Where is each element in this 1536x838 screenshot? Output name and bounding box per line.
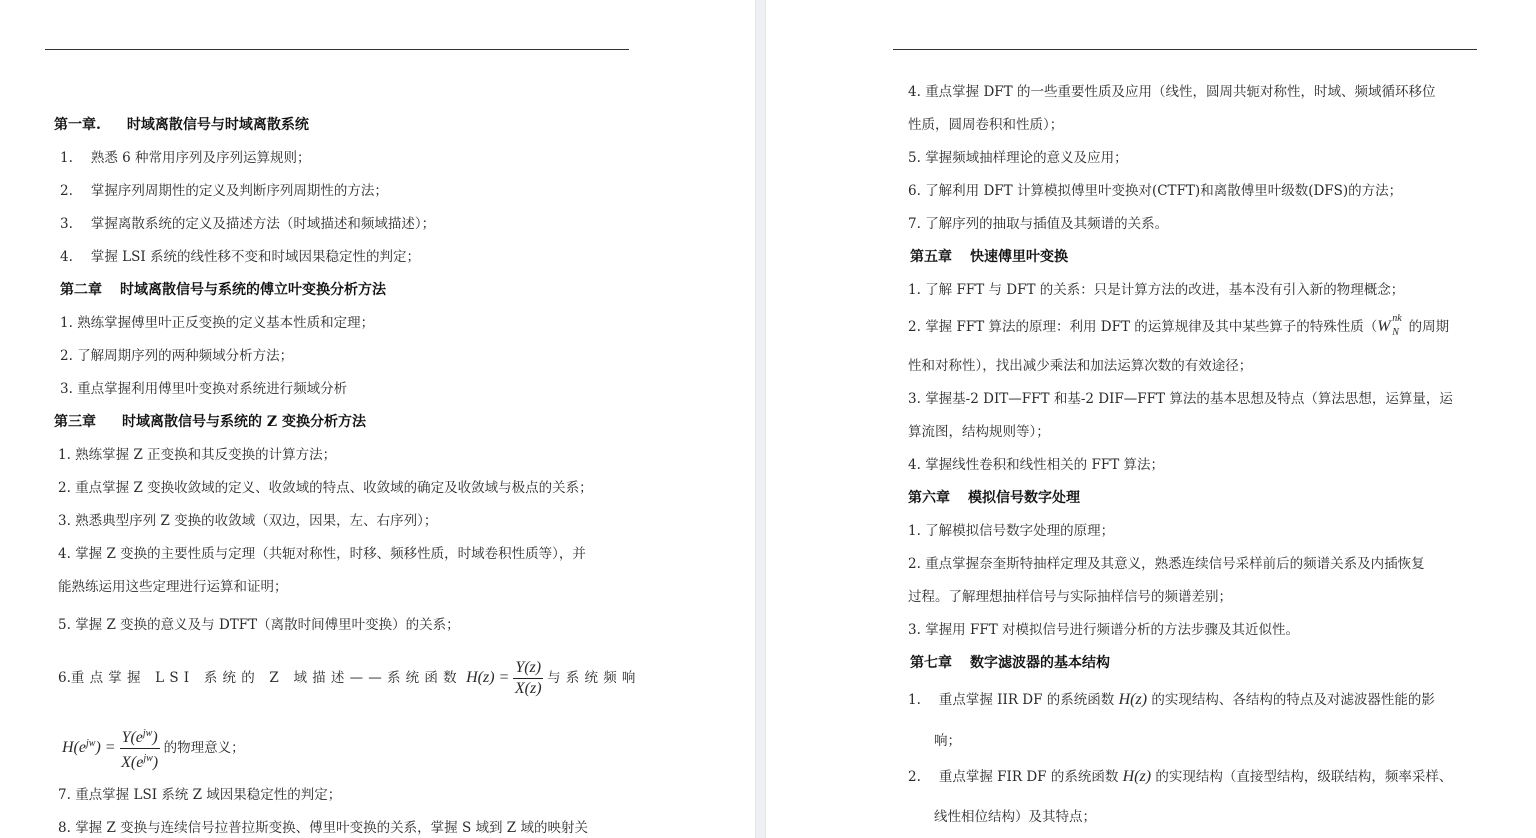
list-item: 3. 掌握基-2 DIT—FFT 和基-2 DIF—FFT 算法的基本思想及特点…	[908, 390, 1453, 408]
list-item: 4. 重点掌握 DFT 的一些重要性质及应用（线性，圆周共轭对称性，时域、频域循…	[908, 83, 1435, 101]
list-item: 5. 掌握频域抽样理论的意义及应用；	[908, 149, 1128, 167]
chapter7-heading: 第七章数字滤波器的基本结构	[910, 654, 1110, 672]
list-item: 3. 重点掌握利用傅里叶变换对系统进行频域分析	[60, 380, 347, 398]
chapter-title: 快速傅里叶变换	[970, 249, 1068, 265]
chapter-number: 第二章	[60, 282, 102, 298]
formula-fraction: Y(ejw)X(ejw)	[120, 724, 160, 773]
chapter6-heading: 第六章模拟信号数字处理	[908, 489, 1080, 507]
formula-hz: H(z) =	[466, 669, 509, 686]
chapter1-heading: 第一章.时域离散信号与时域离散系统	[54, 116, 309, 134]
chapter-number: 第五章	[910, 249, 952, 265]
list-item-continuation: 性质，圆周卷积和性质）；	[908, 116, 1063, 134]
chapter-title: 模拟信号数字处理	[968, 490, 1080, 506]
list-item: 4. 掌握线性卷积和线性相关的 FFT 算法；	[908, 456, 1164, 474]
list-item-continuation: 能熟练运用这些定理进行运算和证明；	[58, 578, 288, 596]
header-rule	[45, 49, 629, 50]
list-item: 8. 掌握 Z 变换与连续信号拉普拉斯变换、傅里叶变换的关系，掌握 S 域到 Z…	[58, 819, 588, 837]
list-item-continuation: 过程。了解理想抽样信号与实际抽样信号的频谱差别；	[908, 588, 1232, 606]
formula-hejw: H(ejw) =	[62, 739, 116, 756]
list-item: 2. 重点掌握奈奎斯特抽样定理及其意义，熟悉连续信号采样前后的频谱关系及内插恢复	[908, 555, 1425, 573]
formula-fraction: Y(z)X(z)	[513, 658, 543, 699]
chapter-number: 第六章	[908, 490, 950, 506]
header-rule	[893, 49, 1477, 50]
list-item-formula: 6.重点掌握 LSI 系统的 Z 域描述——系统函数 H(z) =Y(z)X(z…	[58, 656, 641, 700]
list-item: 2. 了解周期序列的两种频域分析方法；	[60, 347, 293, 365]
list-item: 7. 了解序列的抽取与插值及其频谱的关系。	[908, 215, 1168, 233]
list-item: 3. 掌握用 FFT 对模拟信号进行频谱分析的方法步骤及其近似性。	[908, 621, 1299, 639]
chapter-number: 第七章	[910, 655, 952, 671]
list-item: 1.重点掌握 IIR DF 的系统函数 H(z) 的实现结构、各结构的特点及对滤…	[908, 691, 1435, 709]
list-item: 2.重点掌握 FIR DF 的系统函数 H(z) 的实现结构（直接型结构，级联结…	[908, 768, 1452, 786]
chapter3-heading: 第三章时域离散信号与系统的 Z 变换分析方法	[54, 413, 366, 431]
chapter-title: 时域离散信号与时域离散系统	[127, 117, 309, 133]
list-item: 5. 掌握 Z 变换的意义及与 DTFT（离散时间傅里叶变换）的关系；	[58, 616, 460, 634]
document-page-right: 4. 重点掌握 DFT 的一些重要性质及应用（线性，圆周共轭对称性，时域、频域循…	[766, 0, 1536, 838]
list-item-continuation: 线性相位结构）及其特点；	[934, 808, 1096, 826]
chapter-title: 时域离散信号与系统的傅立叶变换分析方法	[120, 282, 386, 298]
document-page-left: 第一章.时域离散信号与时域离散系统 1.熟悉 6 种常用序列及序列运算规则； 2…	[0, 0, 755, 838]
chapter-number: 第三章	[54, 414, 96, 430]
list-item: 2. 掌握 FFT 算法的原理：利用 DFT 的运算规律及其中某些算子的特殊性质…	[908, 318, 1449, 336]
list-item-continuation: 性和对称性），找出减少乘法和加法运算次数的有效途径；	[908, 357, 1252, 375]
chapter-title: 数字滤波器的基本结构	[970, 655, 1110, 671]
list-item: 2.掌握序列周期性的定义及判断序列周期性的方法；	[60, 182, 388, 200]
list-item: 1. 熟练掌握傅里叶正反变换的定义基本性质和定理；	[60, 314, 374, 332]
list-item: 7. 重点掌握 LSI 系统 Z 域因果稳定性的判定；	[58, 786, 341, 804]
chapter-title: 时域离散信号与系统的 Z 变换分析方法	[122, 414, 366, 430]
list-item: 6. 了解利用 DFT 计算模拟傅里叶变换对(CTFT)和离散傅里叶级数(DFS…	[908, 182, 1402, 200]
chapter5-heading: 第五章快速傅里叶变换	[910, 248, 1068, 266]
list-item-formula-continuation: H(ejw) =Y(ejw)X(ejw)的物理意义；	[62, 722, 245, 773]
list-item-continuation: 响；	[934, 732, 961, 750]
list-item: 1. 熟练掌握 Z 正变换和其反变换的计算方法；	[58, 446, 336, 464]
page-gutter	[755, 0, 766, 838]
twiddle-factor-symbol: WnkN	[1377, 318, 1390, 335]
list-item: 4. 掌握 Z 变换的主要性质与定理（共轭对称性，时移、频移性质，时域卷积性质等…	[58, 545, 586, 563]
list-item: 1.熟悉 6 种常用序列及序列运算规则；	[60, 149, 311, 167]
list-item-continuation: 算流图，结构规则等）；	[908, 423, 1050, 441]
list-item: 3. 熟悉典型序列 Z 变换的收敛域（双边，因果，左、右序列）；	[58, 512, 437, 530]
formula-hz: H(z)	[1119, 691, 1147, 708]
list-item: 1. 了解 FFT 与 DFT 的关系：只是计算方法的改进，基本没有引入新的物理…	[908, 281, 1404, 299]
list-item: 4.掌握 LSI 系统的线性移不变和时域因果稳定性的判定；	[60, 248, 420, 266]
list-item: 1. 了解模拟信号数字处理的原理；	[908, 522, 1114, 540]
list-item: 3.掌握离散系统的定义及描述方法（时域描述和频域描述）；	[60, 215, 435, 233]
chapter-number: 第一章.	[54, 117, 101, 133]
list-item: 2. 重点掌握 Z 变换收敛域的定义、收敛域的特点、收敛域的确定及收敛域与极点的…	[58, 479, 593, 497]
chapter2-heading: 第二章时域离散信号与系统的傅立叶变换分析方法	[60, 281, 386, 299]
formula-hz: H(z)	[1123, 768, 1151, 785]
